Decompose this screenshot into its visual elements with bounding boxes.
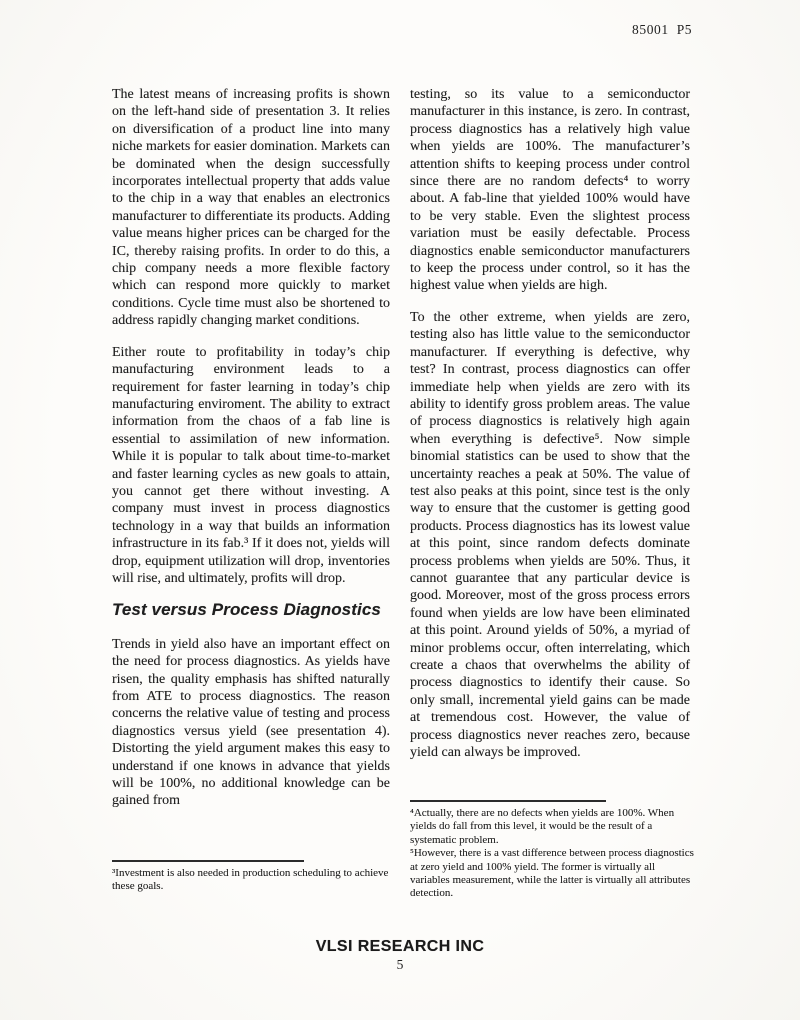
footnote-block-right: ⁴Actually, there are no defects when yie…	[410, 800, 696, 901]
footnote-rule	[410, 800, 606, 802]
footnote-block-left: ³Investment is also needed in production…	[112, 860, 404, 894]
paragraph-testing-value: testing, so its value to a semiconductor…	[410, 86, 690, 295]
paragraph-zero-yield: To the other extreme, when yields are ze…	[410, 309, 690, 762]
section-heading: Test versus Process Diagnostics	[112, 601, 390, 618]
paragraph-profits: The latest means of increasing profits i…	[112, 86, 390, 330]
paragraph-yield-trends: Trends in yield also have an important e…	[112, 636, 390, 810]
text-columns: The latest means of increasing profits i…	[112, 86, 690, 824]
paragraph-profitability: Either route to profitability in today’s…	[112, 344, 390, 588]
footnote-5: ⁵However, there is a vast difference bet…	[410, 847, 696, 901]
page-number: 5	[0, 957, 800, 973]
right-column: testing, so its value to a semiconductor…	[410, 86, 690, 824]
left-column: The latest means of increasing profits i…	[112, 86, 390, 824]
footnote-3: ³Investment is also needed in production…	[112, 867, 404, 894]
footnote-4: ⁴Actually, there are no defects when yie…	[410, 807, 696, 847]
document-page: 85001 P5 The latest means of increasing …	[0, 0, 800, 1020]
footnote-rule	[112, 860, 304, 862]
footer-company-name: VLSI RESEARCH INC	[0, 938, 800, 956]
header-doc-code: 85001 P5	[632, 22, 692, 38]
